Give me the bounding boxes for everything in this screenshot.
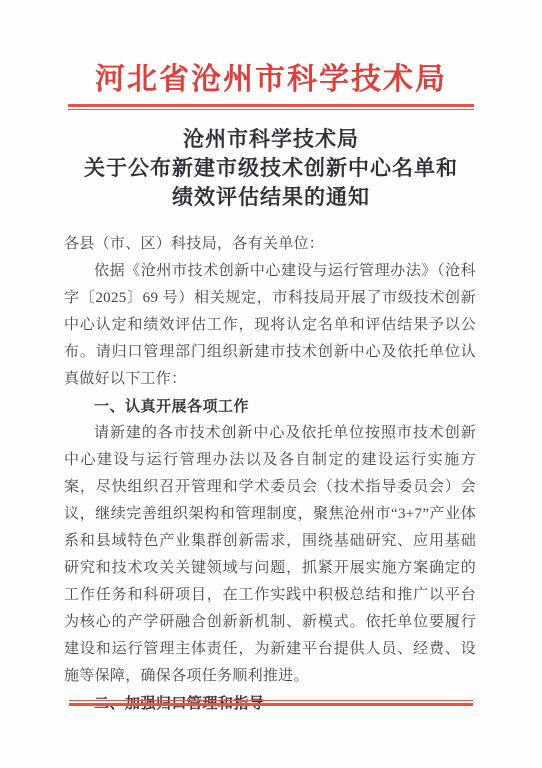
document-title: 沧州市科学技术局 关于公布新建市级技术创新中心名单和 绩效评估结果的通知	[0, 125, 542, 212]
letterhead-divider-rule	[68, 104, 474, 110]
document-title-line-1: 沧州市科学技术局	[0, 125, 542, 154]
footer-divider-rule	[69, 700, 473, 706]
salutation-line: 各县（市、区）科技局，各有关单位：	[64, 231, 476, 258]
paragraph-intro: 依据《沧州市技术创新中心建设与运行管理办法》（沧科字〔2025〕69 号）相关规…	[64, 258, 476, 393]
paragraph-section-1: 请新建的各市技术创新中心及依托单位按照市技术创新中心建设与运行管理办法以及各自制…	[64, 420, 476, 690]
section-heading-1: 一、认真开展各项工作	[64, 393, 476, 420]
document-title-line-3: 绩效评估结果的通知	[0, 183, 542, 212]
document-body: 各县（市、区）科技局，各有关单位： 依据《沧州市技术创新中心建设与运行管理办法》…	[64, 231, 476, 717]
document-page: 河北省沧州市科学技术局 沧州市科学技术局 关于公布新建市级技术创新中心名单和 绩…	[0, 0, 542, 768]
document-title-line-2: 关于公布新建市级技术创新中心名单和	[0, 154, 542, 183]
letterhead-agency-name: 河北省沧州市科学技术局	[0, 0, 542, 98]
